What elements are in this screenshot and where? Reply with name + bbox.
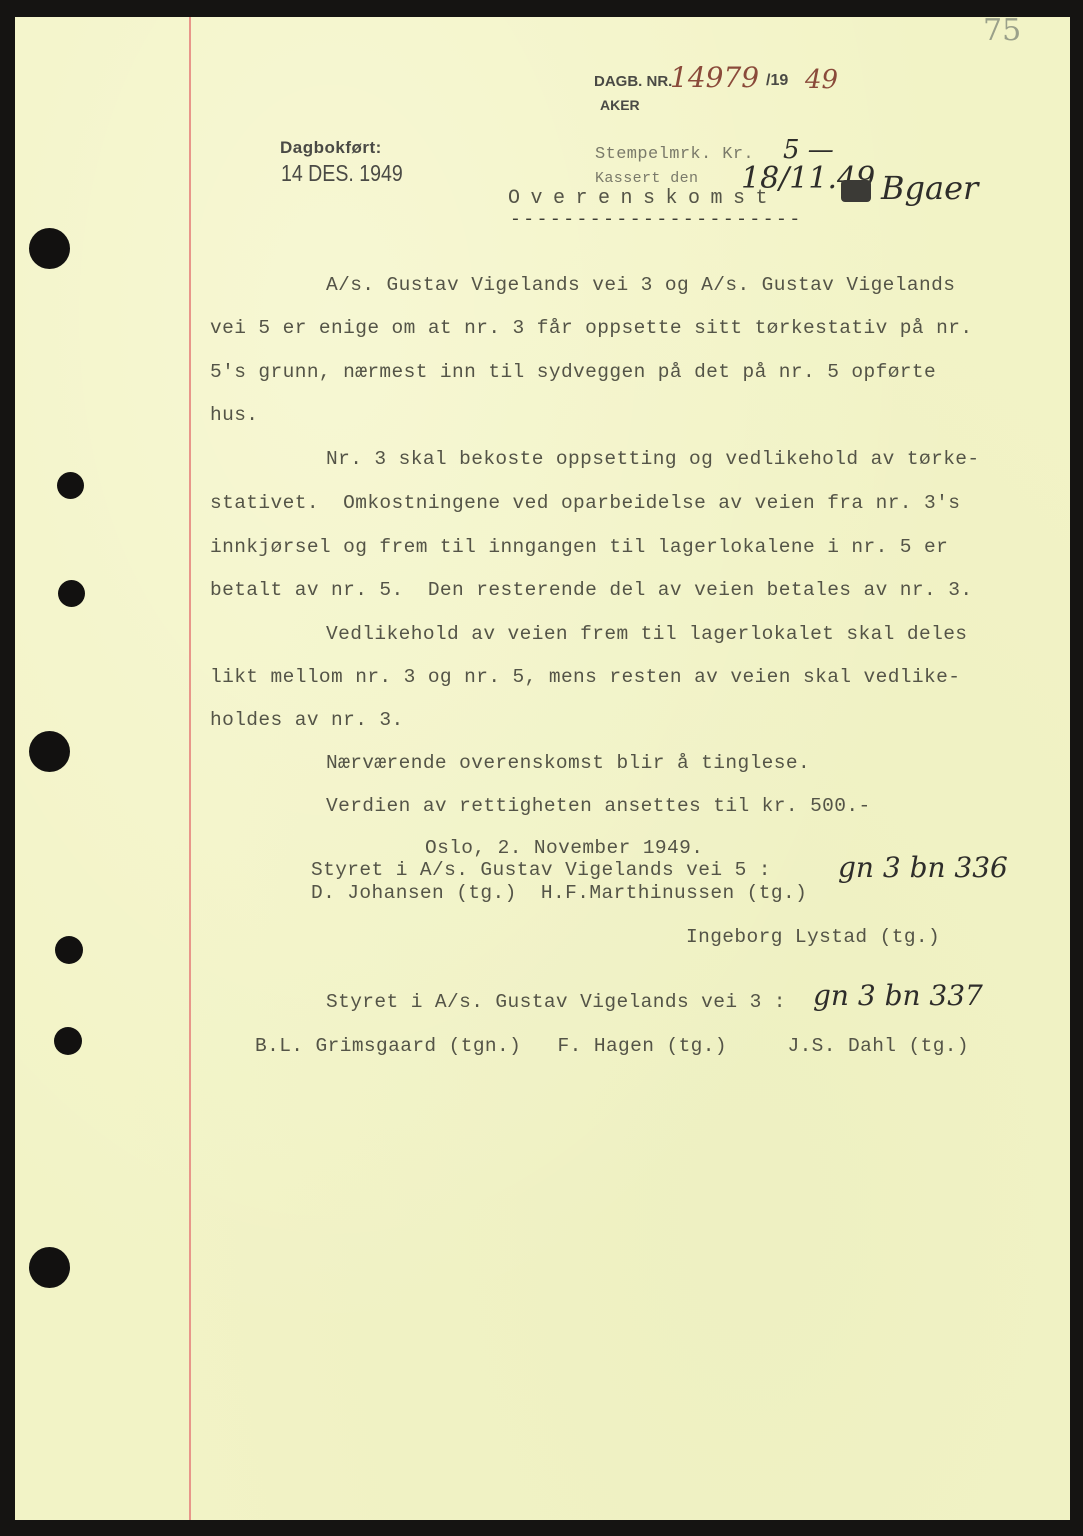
paragraph-1-line-1: A/s. Gustav Vigelands vei 3 og A/s. Gust… [326, 274, 955, 296]
dagbokfort-stamp-date: 14 DES. 1949 [281, 160, 403, 187]
punch-hole [55, 936, 83, 964]
paragraph-3-line-2: likt mellom nr. 3 og nr. 5, mens resten … [210, 666, 960, 688]
punch-hole [58, 580, 85, 607]
board-3-signers: B.L. Grimsgaard (tgn.) F. Hagen (tg.) J.… [255, 1035, 969, 1057]
page-number: 75 [983, 13, 1021, 48]
stamp-blot [841, 180, 871, 202]
dagb-nr-suffix: /19 [766, 72, 788, 90]
paragraph-3-line-1: Vedlikehold av veien frem til lagerlokal… [326, 623, 967, 645]
punch-hole [57, 472, 84, 499]
punch-hole [29, 228, 70, 269]
stempelmrk-label: Stempelmrk. Kr. [595, 145, 754, 164]
dagb-nr-label: DAGB. NR. [594, 73, 672, 90]
board-5-signers: D. Johansen (tg.) H.F.Marthinussen (tg.) [311, 882, 807, 904]
paragraph-2-line-3: innkjørsel og frem til inngangen til lag… [210, 536, 948, 558]
kassert-label: Kassert den [595, 170, 698, 187]
paragraph-3-line-3: holdes av nr. 3. [210, 709, 404, 731]
paragraph-4: Nærværende overenskomst blir å tinglese. [326, 752, 810, 774]
title-underline: ---------------------- [510, 210, 803, 230]
place-date: Oslo, 2. November 1949. [425, 837, 703, 859]
punch-hole [29, 1247, 70, 1288]
kassert-signature: Bgaer [881, 169, 978, 207]
board-5-heading: Styret i A/s. Gustav Vigelands vei 5 : [311, 859, 771, 881]
board-3-heading: Styret i A/s. Gustav Vigelands vei 3 : [326, 991, 786, 1013]
board-5-signer-lystad: Ingeborg Lystad (tg.) [686, 926, 940, 948]
punch-hole [54, 1027, 82, 1055]
board-5-annotation: gn 3 bn 336 [838, 851, 1008, 884]
dagb-nr-value: 14979 [670, 61, 759, 94]
dagbokfort-stamp-label: Dagbokført: [280, 138, 382, 158]
board-3-annotation: gn 3 bn 337 [813, 979, 983, 1012]
paragraph-1-line-4: hus. [210, 404, 258, 426]
paragraph-1-line-3: 5's grunn, nærmest inn til sydveggen på … [210, 361, 936, 383]
document-page: 75 Dagbokført: 14 DES. 1949 DAGB. NR. 14… [15, 17, 1070, 1520]
punch-hole [29, 731, 70, 772]
document-title: Overenskomst [508, 187, 778, 210]
paragraph-2-line-1: Nr. 3 skal bekoste oppsetting og vedlike… [326, 448, 980, 470]
aker-label: AKER [600, 97, 640, 113]
paragraph-2-line-4: betalt av nr. 5. Den resterende del av v… [210, 579, 972, 601]
dagb-nr-year: 49 [805, 65, 838, 95]
paragraph-1-line-2: vei 5 er enige om at nr. 3 får oppsette … [210, 317, 972, 339]
paragraph-5: Verdien av rettigheten ansettes til kr. … [326, 795, 871, 817]
paragraph-2-line-2: stativet. Omkostningene ved oparbeidelse… [210, 492, 960, 514]
margin-rule [189, 17, 191, 1520]
